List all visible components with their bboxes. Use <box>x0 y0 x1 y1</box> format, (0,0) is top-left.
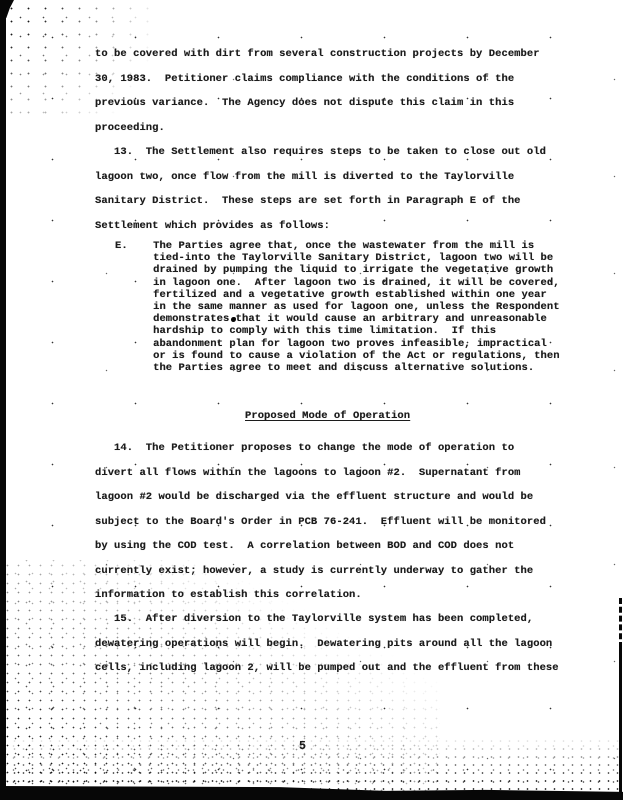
paragraph-15: 15. After diversion to the Taylorville s… <box>95 607 559 681</box>
paragraph-intro: to be covered with dirt from several con… <box>95 42 540 140</box>
document-text: to be covered with dirt from several con… <box>0 0 623 800</box>
settlement-quote-paragraph-e: E. The Parties agree that, once the wast… <box>115 240 560 374</box>
page-number: 5 <box>299 740 306 754</box>
scan-artifact-right-edge-line <box>619 645 622 800</box>
section-heading: Proposed Mode of Operation <box>245 409 410 423</box>
scan-artifact-right-edge-dashed <box>619 598 622 648</box>
paragraph-13: 13. The Settlement also requires steps t… <box>95 140 546 238</box>
scan-artifact-left-band <box>0 0 6 800</box>
scanned-document-page: to be covered with dirt from several con… <box>0 0 623 800</box>
paragraph-14: 14. The Petitioner proposes to change th… <box>95 436 546 608</box>
